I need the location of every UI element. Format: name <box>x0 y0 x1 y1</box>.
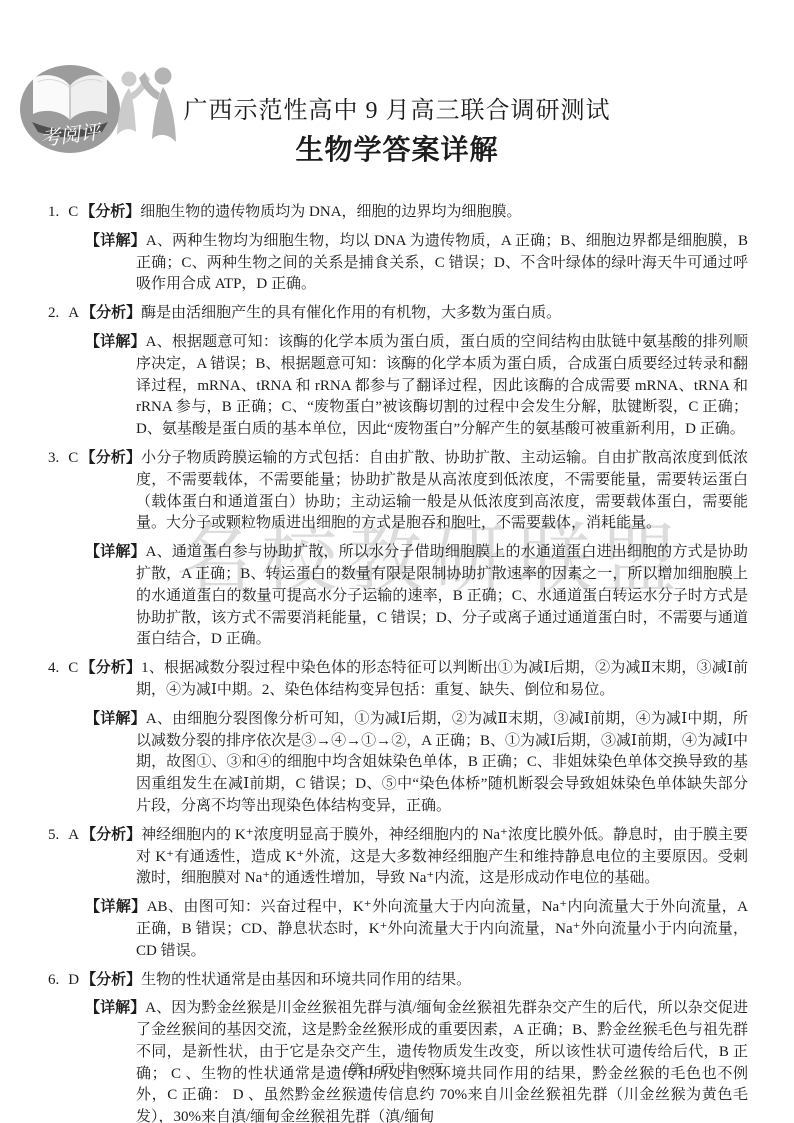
analysis-label: 【分析】 <box>81 971 141 988</box>
detail-text: A、通道蛋白参与协助扩散，所以水分子借助细胞膜上的水通道蛋白进出细胞的方式是协助… <box>136 544 748 647</box>
detail-text: A、两种生物均为细胞生物，均以 DNA 为遗传物质，A 正确；B、细胞边界都是细… <box>136 233 748 293</box>
analysis-label: 【分析】 <box>80 659 141 676</box>
detail-text: A、根据题意可知：该酶的化学本质为蛋白质，蛋白质的空间结构由肽链中氨基酸的排列顺… <box>136 334 748 437</box>
analysis-text: 生物的性状通常是由基因和环境共同作用的结果。 <box>141 972 471 988</box>
detail-text: A、由细胞分裂图像分析可知，①为减Ⅰ后期，②为减Ⅱ末期，③减Ⅰ前期，④为减Ⅰ中期… <box>136 711 748 814</box>
analysis-paragraph: 6.D【分析】生物的性状通常是由基因和环境共同作用的结果。 <box>48 969 748 992</box>
answer-letter: A <box>68 827 79 843</box>
question-block-4: 4.C【分析】1、根据减数分裂过程中染色体的形态特征可以判断出①为减Ⅰ后期，②为… <box>48 657 748 818</box>
analysis-label: 【分析】 <box>80 449 141 466</box>
question-block-2: 2.A【分析】酶是由活细胞产生的具有催化作用的有机物，大多数为蛋白质。 【详解】… <box>48 302 748 441</box>
question-number: 5. <box>48 827 59 843</box>
analysis-text: 神经细胞内的 K⁺浓度明显高于膜外，神经细胞内的 Na⁺浓度比膜外低。静息时，由… <box>136 827 748 887</box>
question-number: 2. <box>48 305 59 321</box>
analysis-label: 【分析】 <box>81 304 141 321</box>
detail-label: 【详解】 <box>85 999 145 1016</box>
question-number: 6. <box>48 972 59 988</box>
question-number: 3. <box>48 450 59 466</box>
question-block-6: 6.D【分析】生物的性状通常是由基因和环境共同作用的结果。 【详解】A、因为黔金… <box>48 969 748 1123</box>
question-block-3: 3.C【分析】小分子物质跨膜运输的方式包括：自由扩散、协助扩散、主动运输。自由扩… <box>48 447 748 651</box>
detail-label: 【详解】 <box>85 710 146 727</box>
detail-paragraph: 【详解】A、两种生物均为细胞生物，均以 DNA 为遗传物质，A 正确；B、细胞边… <box>85 230 748 296</box>
detail-label: 【详解】 <box>85 543 146 560</box>
answer-letter: C <box>68 660 78 676</box>
book-badge-icon: 考阅评 <box>20 65 120 153</box>
question-number: 4. <box>48 660 59 676</box>
page-footer: 第 1 页 共 6 页 <box>0 1058 794 1078</box>
question-block-1: 1.C【分析】细胞生物的遗传物质均为 DNA，细胞的边界均为细胞膜。 【详解】A… <box>48 201 748 296</box>
analysis-paragraph: 3.C【分析】小分子物质跨膜运输的方式包括：自由扩散、协助扩散、主动运输。自由扩… <box>48 447 748 535</box>
analysis-paragraph: 5.A【分析】神经细胞内的 K⁺浓度明显高于膜外，神经细胞内的 Na⁺浓度比膜外… <box>48 824 748 890</box>
detail-paragraph: 【详解】A、通道蛋白参与协助扩散，所以水分子借助细胞膜上的水通道蛋白进出细胞的方… <box>85 541 748 651</box>
analysis-text: 1、根据减数分裂过程中染色体的形态特征可以判断出①为减Ⅰ后期，②为减Ⅱ末期，③减… <box>136 660 748 698</box>
analysis-text: 细胞生物的遗传物质均为 DNA，细胞的边界均为细胞膜。 <box>140 204 521 220</box>
question-block-5: 5.A【分析】神经细胞内的 K⁺浓度明显高于膜外，神经细胞内的 Na⁺浓度比膜外… <box>48 824 748 963</box>
analysis-paragraph: 1.C【分析】细胞生物的遗传物质均为 DNA，细胞的边界均为细胞膜。 <box>48 201 748 224</box>
answer-letter: A <box>68 305 79 321</box>
detail-label: 【详解】 <box>85 333 146 350</box>
detail-text: AB、由图可知：兴奋过程中，K⁺外向流量大于内向流量，Na⁺内向流量大于外向流量… <box>136 899 748 959</box>
detail-paragraph: 【详解】AB、由图可知：兴奋过程中，K⁺外向流量大于内向流量，Na⁺内向流量大于… <box>85 896 748 962</box>
page: 名校教研联盟 考阅评 <box>0 0 794 1123</box>
analysis-text: 酶是由活细胞产生的具有催化作用的有机物，大多数为蛋白质。 <box>141 305 561 321</box>
detail-paragraph: 【详解】A、由细胞分裂图像分析可知，①为减Ⅰ后期，②为减Ⅱ末期，③减Ⅰ前期，④为… <box>85 708 748 818</box>
detail-label: 【详解】 <box>85 232 146 249</box>
answer-letter: C <box>68 204 78 220</box>
analysis-paragraph: 2.A【分析】酶是由活细胞产生的具有催化作用的有机物，大多数为蛋白质。 <box>48 302 748 325</box>
analysis-text: 小分子物质跨膜运输的方式包括：自由扩散、协助扩散、主动运输。自由扩散高浓度到低浓… <box>136 450 748 531</box>
detail-label: 【详解】 <box>85 898 147 915</box>
answer-letter: D <box>68 972 79 988</box>
people-icon <box>117 68 176 143</box>
question-number: 1. <box>48 204 59 220</box>
analysis-paragraph: 4.C【分析】1、根据减数分裂过程中染色体的形态特征可以判断出①为减Ⅰ后期，②为… <box>48 657 748 702</box>
detail-paragraph: 【详解】A、根据题意可知：该酶的化学本质为蛋白质，蛋白质的空间结构由肽链中氨基酸… <box>85 331 748 441</box>
answer-letter: C <box>68 450 78 466</box>
analysis-label: 【分析】 <box>81 826 141 843</box>
analysis-label: 【分析】 <box>80 203 140 220</box>
header-logos: 考阅评 <box>18 62 186 156</box>
answer-list: 1.C【分析】细胞生物的遗传物质均为 DNA，细胞的边界均为细胞膜。 【详解】A… <box>48 201 748 1123</box>
